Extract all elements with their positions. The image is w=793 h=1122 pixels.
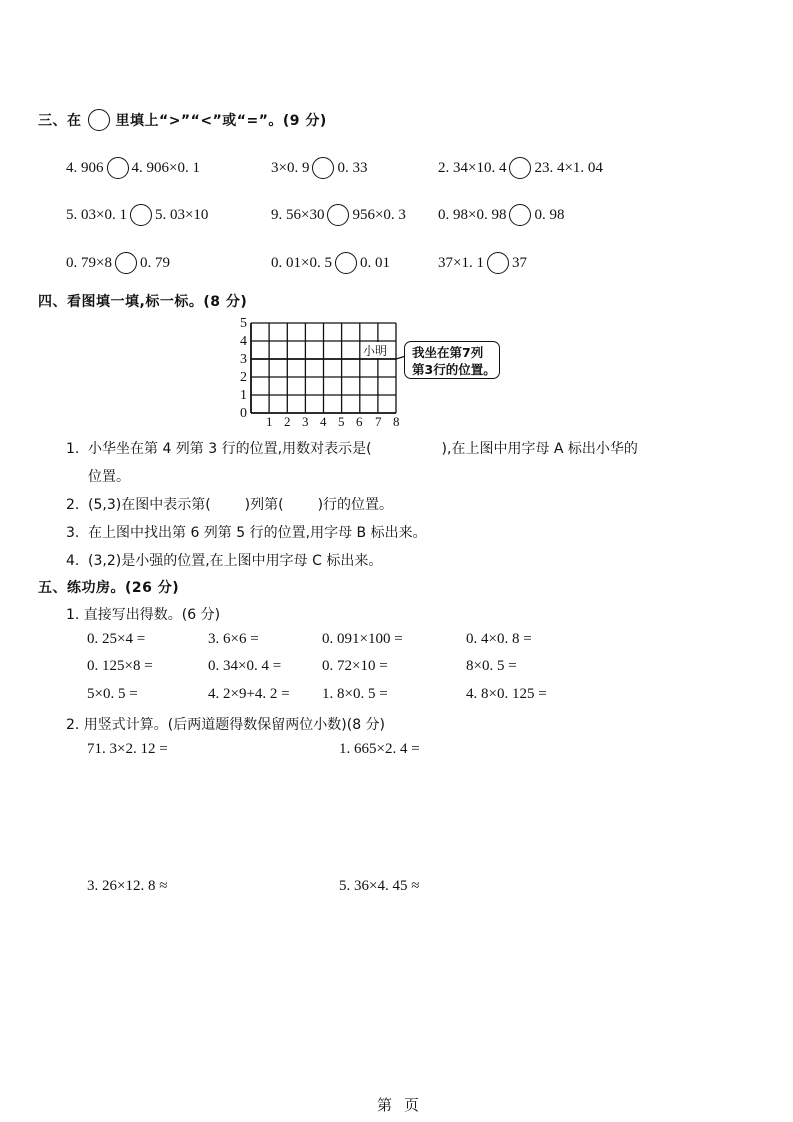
compare-left: 4. 906 — [66, 160, 104, 177]
answer-circle[interactable] — [107, 157, 129, 179]
compare-left: 9. 56×30 — [271, 207, 324, 224]
question-4-4: 4.(3,2)是小强的位置,在上图中用字母 C 标出来。 — [66, 550, 382, 570]
answer-circle[interactable] — [312, 157, 334, 179]
compare-right: 0. 79 — [140, 255, 170, 272]
mental-math-item: 0. 091×100 = — [322, 631, 403, 648]
mental-math-item: 0. 25×4 = — [87, 631, 145, 648]
compare-right: 0. 01 — [360, 255, 390, 272]
mental-math-item: 0. 72×10 = — [322, 658, 388, 675]
compare-left: 0. 79×8 — [66, 255, 112, 272]
y-label: 3 — [240, 352, 247, 368]
mental-math-item: 5×0. 5 = — [87, 686, 138, 703]
question-4-2: 2.(5,3)在图中表示第()列第()行的位置。 — [66, 494, 393, 514]
y-label: 4 — [240, 334, 247, 350]
x-label: 4 — [320, 414, 327, 430]
compare-left: 0. 01×0. 5 — [271, 255, 332, 272]
compare-left: 3×0. 9 — [271, 160, 309, 177]
compare-left: 0. 98×0. 98 — [438, 207, 506, 224]
compare-right: 0. 33 — [337, 160, 367, 177]
compare-item: 4. 906 4. 906×0. 1 — [66, 157, 200, 179]
x-label: 2 — [284, 414, 291, 430]
section3-title-suffix: 里填上“>”“<”或“=”。(9 分) — [116, 110, 327, 130]
section5-part1-title: 1. 直接写出得数。(6 分) — [66, 604, 220, 624]
question-number: 3. — [66, 525, 88, 541]
section3-title: 三、在 里填上“>”“<”或“=”。(9 分) — [38, 109, 327, 131]
compare-right: 4. 906×0. 1 — [132, 160, 200, 177]
question-text: (5,3)在图中表示第( — [88, 497, 211, 513]
compare-item: 9. 56×30 956×0. 3 — [271, 204, 406, 226]
page-footer: 第页 — [377, 1094, 419, 1115]
compare-item: 5. 03×0. 1 5. 03×10 — [66, 204, 208, 226]
question-4-1: 1.小华坐在第 4 列第 3 行的位置,用数对表示是(),在上图中用字母 A 标… — [66, 438, 638, 458]
question-text: 小华坐在第 4 列第 3 行的位置,用数对表示是( — [88, 441, 372, 457]
section5-title: 五、练功房。(26 分) — [38, 577, 179, 597]
circle-icon — [88, 109, 110, 131]
y-label: 2 — [240, 370, 247, 386]
mental-math-item: 0. 125×8 = — [87, 658, 153, 675]
question-4-3: 3.在上图中找出第 6 列第 5 行的位置,用字母 B 标出来。 — [66, 522, 427, 542]
page-label-a: 第 — [377, 1096, 392, 1114]
question-text: )列第( — [245, 497, 284, 513]
compare-item: 2. 34×10. 4 23. 4×1. 04 — [438, 157, 603, 179]
speech-line-2: 第3行的位置。 — [412, 361, 499, 378]
compare-left: 2. 34×10. 4 — [438, 160, 506, 177]
answer-circle[interactable] — [335, 252, 357, 274]
vertical-calc-problem: 1. 665×2. 4 = — [339, 741, 420, 758]
vertical-calc-problem: 5. 36×4. 45 ≈ — [339, 878, 419, 895]
compare-right: 23. 4×1. 04 — [534, 160, 602, 177]
mental-math-item: 0. 4×0. 8 = — [466, 631, 532, 648]
mental-math-item: 4. 2×9+4. 2 = — [208, 686, 290, 703]
question-number: 2. — [66, 497, 88, 513]
answer-circle[interactable] — [115, 252, 137, 274]
speech-line-1: 我坐在第7列 — [412, 344, 499, 361]
section4-title: 四、看图填一填,标一标。(8 分) — [38, 291, 247, 311]
question-text: )行的位置。 — [318, 497, 393, 513]
compare-item: 0. 01×0. 5 0. 01 — [271, 252, 390, 274]
answer-circle[interactable] — [130, 204, 152, 226]
answer-circle[interactable] — [487, 252, 509, 274]
section5-part2-title: 2. 用竖式计算。(后两道题得数保留两位小数)(8 分) — [66, 714, 385, 734]
compare-item: 0. 98×0. 98 0. 98 — [438, 204, 564, 226]
answer-circle[interactable] — [509, 157, 531, 179]
mental-math-item: 0. 34×0. 4 = — [208, 658, 281, 675]
compare-item: 0. 79×8 0. 79 — [66, 252, 170, 274]
question-number: 4. — [66, 553, 88, 569]
compare-right: 0. 98 — [534, 207, 564, 224]
x-label: 3 — [302, 414, 309, 430]
vertical-calc-problem: 71. 3×2. 12 = — [87, 741, 168, 758]
answer-circle[interactable] — [509, 204, 531, 226]
compare-right: 37 — [512, 255, 527, 272]
y-label: 1 — [240, 388, 247, 404]
x-label: 6 — [356, 414, 363, 430]
x-label: 8 — [393, 414, 400, 430]
question-text: 在上图中找出第 6 列第 5 行的位置,用字母 B 标出来。 — [88, 525, 427, 541]
mental-math-item: 1. 8×0. 5 = — [322, 686, 388, 703]
question-text: (3,2)是小强的位置,在上图中用字母 C 标出来。 — [88, 553, 382, 569]
y-label: 0 — [240, 406, 247, 422]
x-label: 7 — [375, 414, 382, 430]
question-4-1-cont: 位置。 — [88, 466, 130, 486]
speech-bubble: 我坐在第7列 第3行的位置。 — [404, 341, 500, 379]
compare-item: 3×0. 9 0. 33 — [271, 157, 367, 179]
xiaoming-label: 小明 — [363, 342, 387, 359]
question-number: 1. — [66, 441, 88, 457]
vertical-calc-problem: 3. 26×12. 8 ≈ — [87, 878, 167, 895]
mental-math-item: 4. 8×0. 125 = — [466, 686, 547, 703]
page-label-b: 页 — [404, 1096, 419, 1114]
mental-math-item: 3. 6×6 = — [208, 631, 259, 648]
compare-item: 37×1. 1 37 — [438, 252, 527, 274]
question-text: ),在上图中用字母 A 标出小华的 — [442, 441, 638, 457]
section3-title-prefix: 三、在 — [38, 110, 82, 130]
y-label: 5 — [240, 316, 247, 332]
compare-right: 956×0. 3 — [352, 207, 405, 224]
compare-right: 5. 03×10 — [155, 207, 208, 224]
x-label: 5 — [338, 414, 345, 430]
answer-circle[interactable] — [327, 204, 349, 226]
compare-left: 5. 03×0. 1 — [66, 207, 127, 224]
compare-left: 37×1. 1 — [438, 255, 484, 272]
x-label: 1 — [266, 414, 273, 430]
mental-math-item: 8×0. 5 = — [466, 658, 517, 675]
